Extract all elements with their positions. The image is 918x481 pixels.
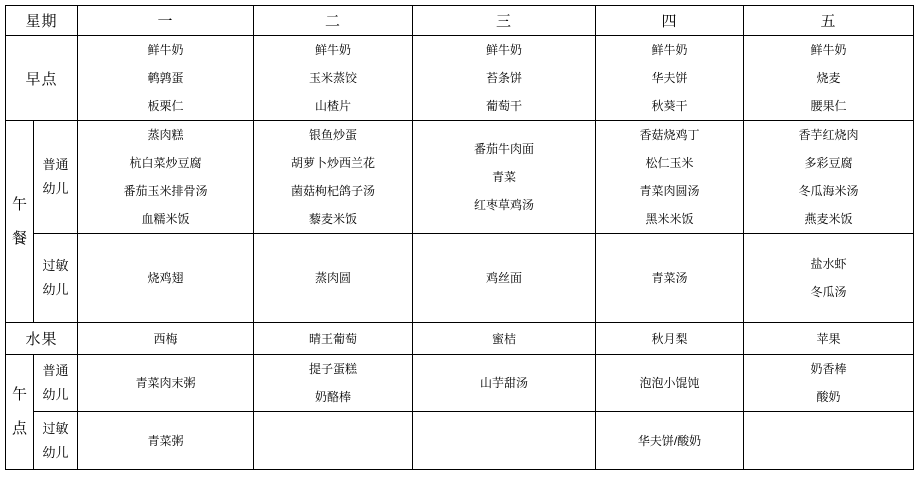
breakfast-cell-tue: 鲜牛奶玉米蒸饺山楂片 xyxy=(254,36,413,121)
menu-item: 番茄玉米排骨汤 xyxy=(82,177,249,205)
fruit-row: 水果 西梅 晴王葡萄 蜜桔 秋月梨 苹果 xyxy=(6,323,914,355)
menu-item: 松仁玉米 xyxy=(600,149,739,177)
snack-allergy-row: 过敏幼儿 青菜粥 华夫饼/酸奶 xyxy=(6,412,914,470)
fruit-cell-mon: 西梅 xyxy=(78,323,254,355)
snack-allergy-cell-wed xyxy=(413,412,596,470)
lunch-normal-cell-tue: 银鱼炒蛋胡萝卜炒西兰花菌菇枸杞鸽子汤藜麦米饭 xyxy=(254,121,413,234)
menu-item: 酸奶 xyxy=(748,383,909,411)
breakfast-label: 早点 xyxy=(6,36,78,121)
menu-item: 秋葵干 xyxy=(600,92,739,120)
menu-item: 山楂片 xyxy=(258,92,408,120)
menu-item: 红枣草鸡汤 xyxy=(417,191,591,219)
menu-item: 华夫饼 xyxy=(600,64,739,92)
header-day-tue: 二 xyxy=(254,6,413,36)
menu-item: 苹果 xyxy=(748,325,909,353)
lunch-allergy-cell-mon: 烧鸡翅 xyxy=(78,234,254,323)
menu-item: 晴王葡萄 xyxy=(258,325,408,353)
menu-item: 香芋红烧肉 xyxy=(748,121,909,149)
menu-item: 提子蛋糕 xyxy=(258,355,408,383)
menu-item: 青菜汤 xyxy=(600,264,739,292)
lunch-label: 午餐 xyxy=(6,121,34,323)
fruit-label: 水果 xyxy=(6,323,78,355)
snack-normal-cell-tue: 提子蛋糕奶酪棒 xyxy=(254,355,413,412)
header-day-fri: 五 xyxy=(744,6,914,36)
header-week-label: 星期 xyxy=(6,6,78,36)
menu-item: 鲜牛奶 xyxy=(82,36,249,64)
menu-item: 鸡丝面 xyxy=(417,264,591,292)
menu-item: 藜麦米饭 xyxy=(258,205,408,233)
snack-normal-cell-wed: 山芋甜汤 xyxy=(413,355,596,412)
menu-item: 鲜牛奶 xyxy=(417,36,591,64)
breakfast-cell-thu: 鲜牛奶华夫饼秋葵干 xyxy=(596,36,744,121)
menu-item: 盐水虾 xyxy=(748,250,909,278)
fruit-cell-thu: 秋月梨 xyxy=(596,323,744,355)
lunch-normal-cell-wed: 番茄牛肉面青菜红枣草鸡汤 xyxy=(413,121,596,234)
menu-item: 板栗仁 xyxy=(82,92,249,120)
menu-item: 银鱼炒蛋 xyxy=(258,121,408,149)
menu-item: 鲜牛奶 xyxy=(258,36,408,64)
header-day-mon: 一 xyxy=(78,6,254,36)
menu-item: 烧麦 xyxy=(748,64,909,92)
snack-label: 午点 xyxy=(6,355,34,470)
menu-item: 杭白菜炒豆腐 xyxy=(82,149,249,177)
menu-item: 多彩豆腐 xyxy=(748,149,909,177)
breakfast-cell-wed: 鲜牛奶苔条饼葡萄干 xyxy=(413,36,596,121)
lunch-allergy-cell-thu: 青菜汤 xyxy=(596,234,744,323)
snack-normal-cell-thu: 泡泡小馄饨 xyxy=(596,355,744,412)
snack-allergy-cell-fri xyxy=(744,412,914,470)
menu-item: 黑米米饭 xyxy=(600,205,739,233)
menu-item: 冬瓜海米汤 xyxy=(748,177,909,205)
menu-item: 葡萄干 xyxy=(417,92,591,120)
lunch-normal-cell-fri: 香芋红烧肉多彩豆腐冬瓜海米汤燕麦米饭 xyxy=(744,121,914,234)
header-row: 星期 一 二 三 四 五 xyxy=(6,6,914,36)
lunch-allergy-row: 过敏幼儿 烧鸡翅 蒸肉圆 鸡丝面 青菜汤 盐水虾冬瓜汤 xyxy=(6,234,914,323)
menu-item: 奶酪棒 xyxy=(258,383,408,411)
header-day-wed: 三 xyxy=(413,6,596,36)
menu-item: 蒸肉糕 xyxy=(82,121,249,149)
lunch-normal-sublabel: 普通幼儿 xyxy=(34,121,78,234)
menu-item: 香菇烧鸡丁 xyxy=(600,121,739,149)
menu-item: 青菜肉末粥 xyxy=(82,369,249,397)
menu-item: 鲜牛奶 xyxy=(748,36,909,64)
snack-normal-cell-mon: 青菜肉末粥 xyxy=(78,355,254,412)
header-day-thu: 四 xyxy=(596,6,744,36)
menu-item: 青菜肉圆汤 xyxy=(600,177,739,205)
menu-item: 奶香棒 xyxy=(748,355,909,383)
menu-item: 血糯米饭 xyxy=(82,205,249,233)
menu-item: 青菜 xyxy=(417,163,591,191)
menu-item: 青菜粥 xyxy=(82,427,249,455)
lunch-normal-cell-thu: 香菇烧鸡丁松仁玉米青菜肉圆汤黑米米饭 xyxy=(596,121,744,234)
menu-item: 西梅 xyxy=(82,325,249,353)
menu-item: 蒸肉圆 xyxy=(258,264,408,292)
fruit-cell-fri: 苹果 xyxy=(744,323,914,355)
lunch-normal-row: 午餐 普通幼儿 蒸肉糕杭白菜炒豆腐番茄玉米排骨汤血糯米饭 银鱼炒蛋胡萝卜炒西兰花… xyxy=(6,121,914,234)
menu-item: 山芋甜汤 xyxy=(417,369,591,397)
snack-allergy-sublabel: 过敏幼儿 xyxy=(34,412,78,470)
breakfast-row: 早点 鲜牛奶鹌鹑蛋板栗仁 鲜牛奶玉米蒸饺山楂片 鲜牛奶苔条饼葡萄干 鲜牛奶华夫饼… xyxy=(6,36,914,121)
menu-item: 玉米蒸饺 xyxy=(258,64,408,92)
lunch-allergy-cell-tue: 蒸肉圆 xyxy=(254,234,413,323)
fruit-cell-tue: 晴王葡萄 xyxy=(254,323,413,355)
menu-item: 冬瓜汤 xyxy=(748,278,909,306)
snack-allergy-cell-mon: 青菜粥 xyxy=(78,412,254,470)
menu-item: 鲜牛奶 xyxy=(600,36,739,64)
menu-item: 燕麦米饭 xyxy=(748,205,909,233)
snack-allergy-cell-thu: 华夫饼/酸奶 xyxy=(596,412,744,470)
breakfast-cell-fri: 鲜牛奶烧麦腰果仁 xyxy=(744,36,914,121)
snack-allergy-cell-tue xyxy=(254,412,413,470)
menu-item: 烧鸡翅 xyxy=(82,264,249,292)
menu-item: 苔条饼 xyxy=(417,64,591,92)
lunch-allergy-cell-fri: 盐水虾冬瓜汤 xyxy=(744,234,914,323)
menu-item: 华夫饼/酸奶 xyxy=(600,427,739,455)
snack-normal-sublabel: 普通幼儿 xyxy=(34,355,78,412)
snack-normal-row: 午点 普通幼儿 青菜肉末粥 提子蛋糕奶酪棒 山芋甜汤 泡泡小馄饨 奶香棒酸奶 xyxy=(6,355,914,412)
lunch-allergy-sublabel: 过敏幼儿 xyxy=(34,234,78,323)
breakfast-cell-mon: 鲜牛奶鹌鹑蛋板栗仁 xyxy=(78,36,254,121)
snack-normal-cell-fri: 奶香棒酸奶 xyxy=(744,355,914,412)
menu-item: 鹌鹑蛋 xyxy=(82,64,249,92)
menu-item: 腰果仁 xyxy=(748,92,909,120)
menu-item: 蜜桔 xyxy=(417,325,591,353)
menu-item: 菌菇枸杞鸽子汤 xyxy=(258,177,408,205)
menu-item: 胡萝卜炒西兰花 xyxy=(258,149,408,177)
lunch-normal-cell-mon: 蒸肉糕杭白菜炒豆腐番茄玉米排骨汤血糯米饭 xyxy=(78,121,254,234)
menu-item: 番茄牛肉面 xyxy=(417,135,591,163)
fruit-cell-wed: 蜜桔 xyxy=(413,323,596,355)
menu-item: 秋月梨 xyxy=(600,325,739,353)
menu-item: 泡泡小馄饨 xyxy=(600,369,739,397)
weekly-menu-table: 星期 一 二 三 四 五 早点 鲜牛奶鹌鹑蛋板栗仁 鲜牛奶玉米蒸饺山楂片 鲜牛奶… xyxy=(5,5,914,470)
lunch-allergy-cell-wed: 鸡丝面 xyxy=(413,234,596,323)
